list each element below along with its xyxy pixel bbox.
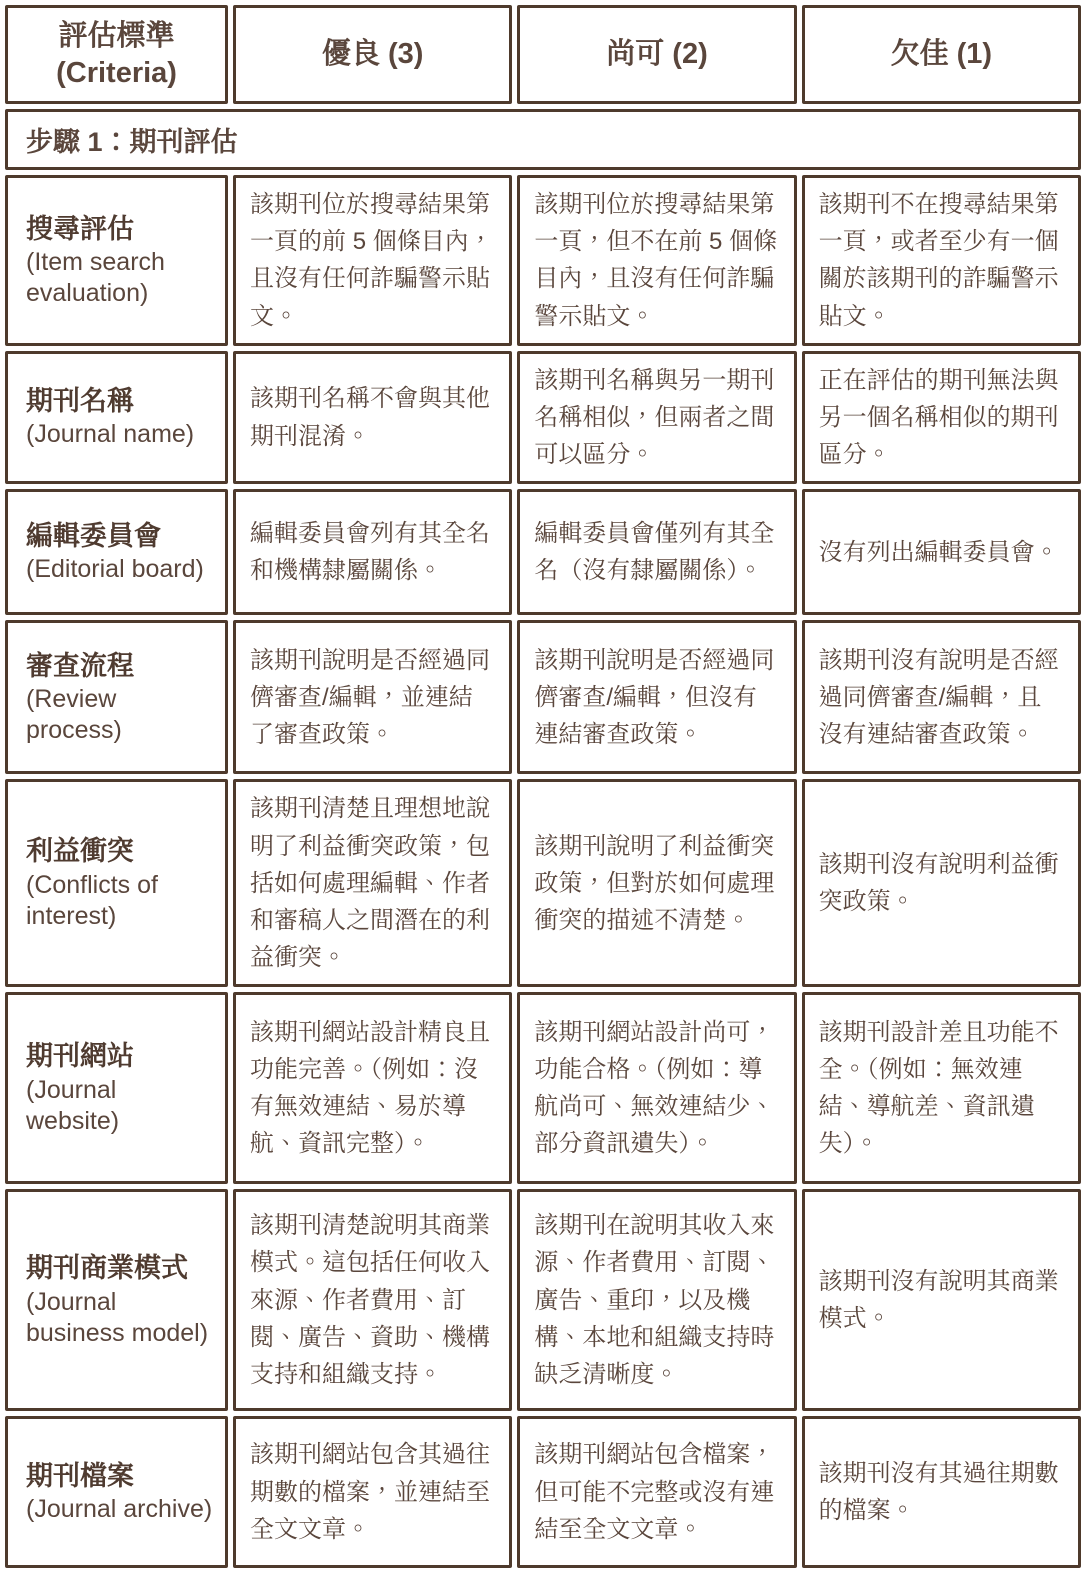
criteria-en: (Item search evaluation) [26,247,215,310]
fair-cell: 該期刊在說明其收入來源、作者費用、訂閱、廣告、重印，以及機構、本地和組織支持時缺… [517,1189,796,1411]
fair-cell: 該期刊網站設計尚可，功能合格。（例如：導航尚可、無效連結少、部分資訊遺失）。 [517,992,796,1184]
criteria-en: (Journal archive) [26,1494,215,1525]
fair-cell: 編輯委員會僅列有其全名（沒有隸屬關係）。 [517,489,796,615]
poor-cell: 該期刊設計差且功能不全。（例如：無效連結、導航差、資訊遺失）。 [802,992,1081,1184]
criteria-en: (Conflicts of interest) [26,870,215,933]
criteria-en: (Journal name) [26,419,215,450]
fair-cell: 該期刊名稱與另一期刊名稱相似，但兩者之間可以區分。 [517,351,796,485]
criteria-zh: 期刊商業模式 [26,1251,215,1286]
poor-header-cell: 欠佳 (1) [802,5,1081,104]
fair-cell: 該期刊說明了利益衝突政策，但對於如何處理衝突的描述不清楚。 [517,779,796,987]
criteria-cell: 期刊名稱 (Journal name) [5,351,228,485]
good-cell: 編輯委員會列有其全名和機構隸屬關係。 [233,489,512,615]
criteria-cell: 期刊商業模式 (Journal business model) [5,1189,228,1411]
criteria-en: (Journal website) [26,1075,215,1138]
criteria-cell: 審查流程 (Review process) [5,620,228,774]
poor-cell: 沒有列出編輯委員會。 [802,489,1081,615]
journal-evaluation-rubric-table: 評估標準 (Criteria) 優良 (3) 尚可 (2) 欠佳 (1) 步驟 … [0,0,1086,1573]
criteria-zh: 期刊名稱 [26,384,215,419]
fair-cell: 該期刊位於搜尋結果第一頁，但不在前 5 個條目內，且沒有任何詐騙警示貼文。 [517,175,796,346]
criteria-header-cell: 評估標準 (Criteria) [5,5,228,104]
criteria-zh: 期刊網站 [26,1039,215,1074]
fair-cell: 該期刊說明是否經過同儕審查/編輯，但沒有連結審查政策。 [517,620,796,774]
section-title: 步驟 1：期刊評估 [5,109,1081,170]
fair-cell: 該期刊網站包含檔案，但可能不完整或沒有連結至全文文章。 [517,1416,796,1568]
criteria-zh: 編輯委員會 [26,519,215,554]
good-cell: 該期刊名稱不會與其他期刊混淆。 [233,351,512,485]
good-cell: 該期刊網站包含其過往期數的檔案，並連結至全文文章。 [233,1416,512,1568]
criteria-cell: 利益衝突 (Conflicts of interest) [5,779,228,987]
fair-header-cell: 尚可 (2) [517,5,796,104]
good-cell: 該期刊清楚且理想地說明了利益衝突政策，包括如何處理編輯、作者和審稿人之間潛在的利… [233,779,512,987]
criteria-cell: 期刊檔案 (Journal archive) [5,1416,228,1568]
poor-cell: 該期刊沒有說明其商業模式。 [802,1189,1081,1411]
criteria-en: (Journal business model) [26,1287,215,1350]
good-cell: 該期刊清楚說明其商業模式。這包括任何收入來源、作者費用、訂閱、廣告、資助、機構支… [233,1189,512,1411]
criteria-cell: 編輯委員會 (Editorial board) [5,489,228,615]
table-row-journal-business-model: 期刊商業模式 (Journal business model) 該期刊清楚說明其… [5,1189,1081,1411]
table-row-journal-name: 期刊名稱 (Journal name) 該期刊名稱不會與其他期刊混淆。 該期刊名… [5,351,1081,485]
section-row: 步驟 1：期刊評估 [5,109,1081,170]
header-row: 評估標準 (Criteria) 優良 (3) 尚可 (2) 欠佳 (1) [5,5,1081,104]
criteria-cell: 期刊網站 (Journal website) [5,992,228,1184]
poor-cell: 該期刊沒有說明利益衝突政策。 [802,779,1081,987]
table-row-journal-archive: 期刊檔案 (Journal archive) 該期刊網站包含其過往期數的檔案，並… [5,1416,1081,1568]
criteria-en: (Review process) [26,684,215,747]
criteria-zh: 審查流程 [26,649,215,684]
table-row-search-evaluation: 搜尋評估 (Item search evaluation) 該期刊位於搜尋結果第… [5,175,1081,346]
table-row-review-process: 審查流程 (Review process) 該期刊說明是否經過同儕審查/編輯，並… [5,620,1081,774]
poor-cell: 該期刊沒有其過往期數的檔案。 [802,1416,1081,1568]
poor-cell: 該期刊沒有說明是否經過同儕審查/編輯，且沒有連結審查政策。 [802,620,1081,774]
good-header-cell: 優良 (3) [233,5,512,104]
criteria-header-zh: 評估標準 [16,18,217,54]
good-cell: 該期刊說明是否經過同儕審查/編輯，並連結了審查政策。 [233,620,512,774]
criteria-zh: 期刊檔案 [26,1459,215,1494]
criteria-header-en: (Criteria) [16,55,217,91]
table-row-conflicts-of-interest: 利益衝突 (Conflicts of interest) 該期刊清楚且理想地說明… [5,779,1081,987]
criteria-cell: 搜尋評估 (Item search evaluation) [5,175,228,346]
poor-cell: 該期刊不在搜尋結果第一頁，或者至少有一個關於該期刊的詐騙警示貼文。 [802,175,1081,346]
good-cell: 該期刊網站設計精良且功能完善。（例如：沒有無效連結、易於導航、資訊完整）。 [233,992,512,1184]
criteria-zh: 搜尋評估 [26,212,215,247]
rubric-page: 評估標準 (Criteria) 優良 (3) 尚可 (2) 欠佳 (1) 步驟 … [0,0,1086,1552]
criteria-en: (Editorial board) [26,554,215,585]
table-row-journal-website: 期刊網站 (Journal website) 該期刊網站設計精良且功能完善。（例… [5,992,1081,1184]
poor-cell: 正在評估的期刊無法與另一個名稱相似的期刊區分。 [802,351,1081,485]
table-row-editorial-board: 編輯委員會 (Editorial board) 編輯委員會列有其全名和機構隸屬關… [5,489,1081,615]
good-cell: 該期刊位於搜尋結果第一頁的前 5 個條目內，且沒有任何詐騙警示貼文。 [233,175,512,346]
criteria-zh: 利益衝突 [26,834,215,869]
